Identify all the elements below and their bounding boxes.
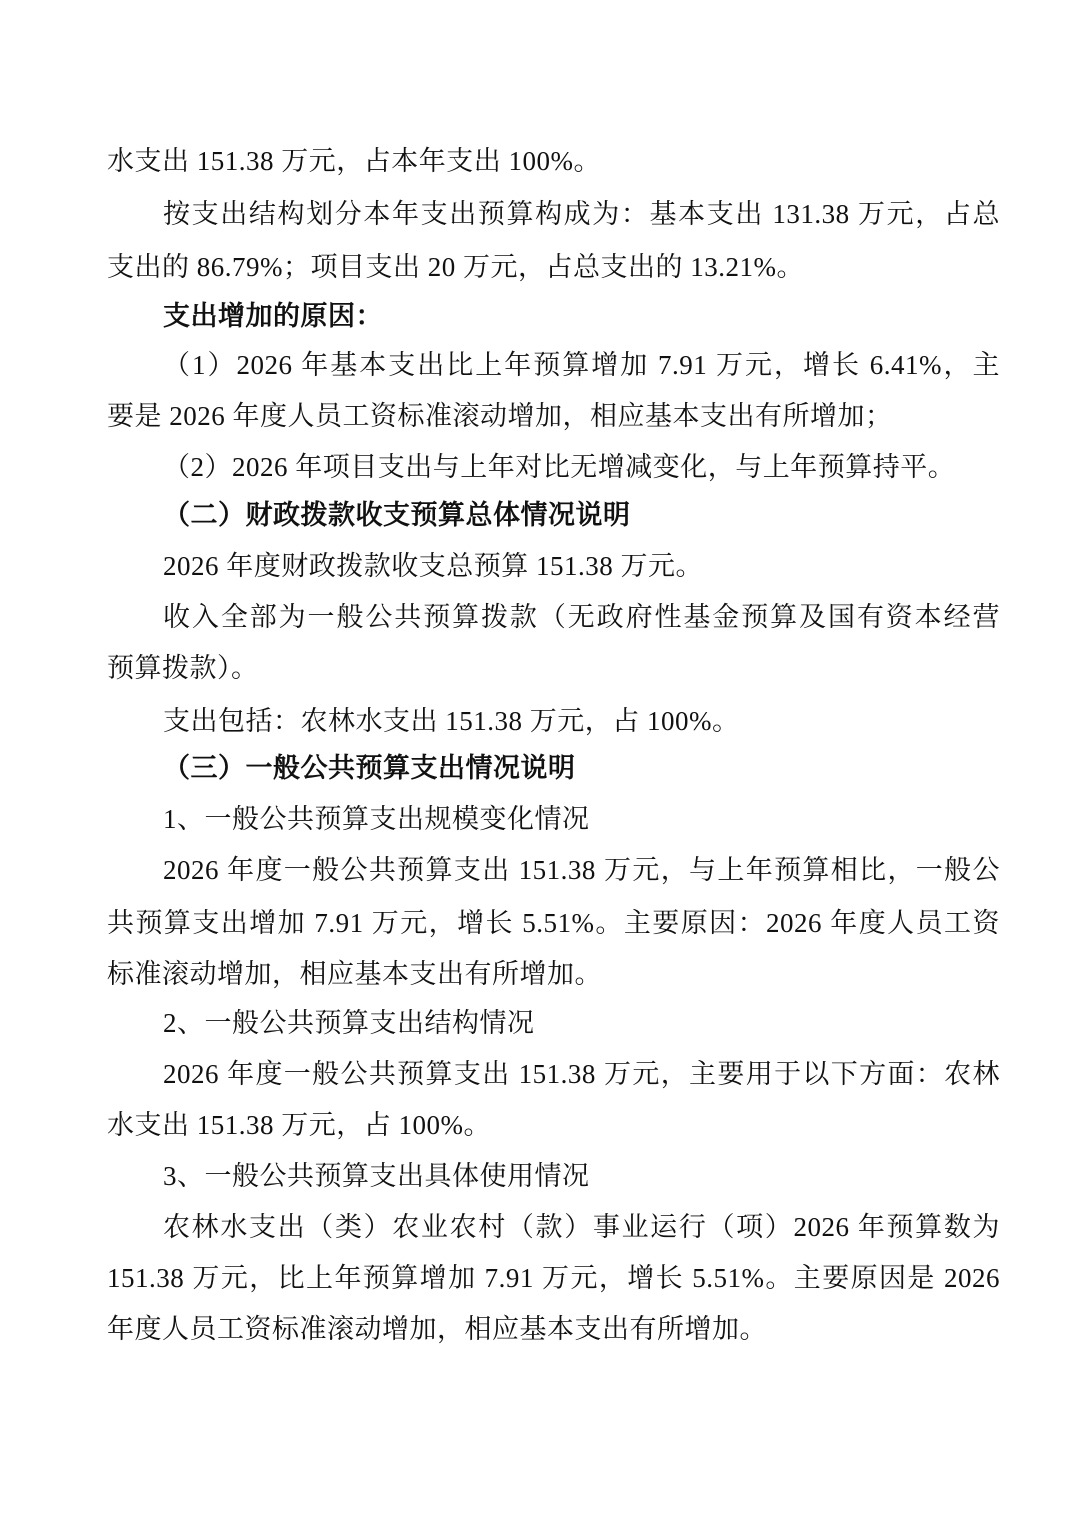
- list-item-reason-2: （2）2026 年项目支出与上年对比无增减变化，与上年预算持平。: [0, 449, 1074, 485]
- body-text-line: 支出包括：农林水支出 151.38 万元，占 100%。: [0, 703, 1074, 739]
- list-item-reason-1: （1）2026 年基本支出比上年预算增加 7.91 万元，增长 6.41%，主: [0, 347, 1000, 383]
- body-text-line: 水支出 151.38 万元，占 100%。: [0, 1107, 1074, 1143]
- subsection-heading-2: 2、一般公共预算支出结构情况: [0, 1005, 1074, 1041]
- body-text-line: 2026 年度一般公共预算支出 151.38 万元，主要用于以下方面：农林: [0, 1056, 1000, 1092]
- body-text-line: 预算拨款）。: [0, 650, 1074, 686]
- body-text-line: 年度人员工资标准滚动增加，相应基本支出有所增加。: [0, 1311, 1074, 1347]
- body-text-line: 支出的 86.79%；项目支出 20 万元，占总支出的 13.21%。: [0, 249, 1074, 285]
- subsection-heading-3: 3、一般公共预算支出具体使用情况: [0, 1158, 1074, 1194]
- document-page: 水支出 151.38 万元，占本年支出 100%。 按支出结构划分本年支出预算构…: [0, 0, 1074, 1520]
- body-text-line: 2026 年度一般公共预算支出 151.38 万元，与上年预算相比，一般公: [0, 852, 1000, 888]
- body-text-line: 水支出 151.38 万元，占本年支出 100%。: [0, 143, 1074, 179]
- body-text-line: 标准滚动增加，相应基本支出有所增加。: [0, 956, 1074, 992]
- body-text-line: 共预算支出增加 7.91 万元，增长 5.51%。主要原因：2026 年度人员工…: [0, 905, 1000, 941]
- subsection-heading-1: 1、一般公共预算支出规模变化情况: [0, 801, 1074, 837]
- section-heading-2: （二）财政拨款收支预算总体情况说明: [0, 497, 1074, 533]
- body-text-line: 151.38 万元，比上年预算增加 7.91 万元，增长 5.51%。主要原因是…: [0, 1260, 1000, 1296]
- section-heading-increase-reasons: 支出增加的原因：: [0, 298, 1074, 334]
- section-heading-3: （三）一般公共预算支出情况说明: [0, 750, 1074, 786]
- body-text-line: 收入全部为一般公共预算拨款（无政府性基金预算及国有资本经营: [0, 599, 1000, 635]
- body-text-line: 按支出结构划分本年支出预算构成为：基本支出 131.38 万元，占总: [0, 196, 1000, 232]
- body-text-line: 农林水支出（类）农业农村（款）事业运行（项）2026 年预算数为: [0, 1209, 1000, 1245]
- body-text-line: 要是 2026 年度人员工资标准滚动增加，相应基本支出有所增加；: [0, 398, 1074, 434]
- body-text-line: 2026 年度财政拨款收支总预算 151.38 万元。: [0, 548, 1074, 584]
